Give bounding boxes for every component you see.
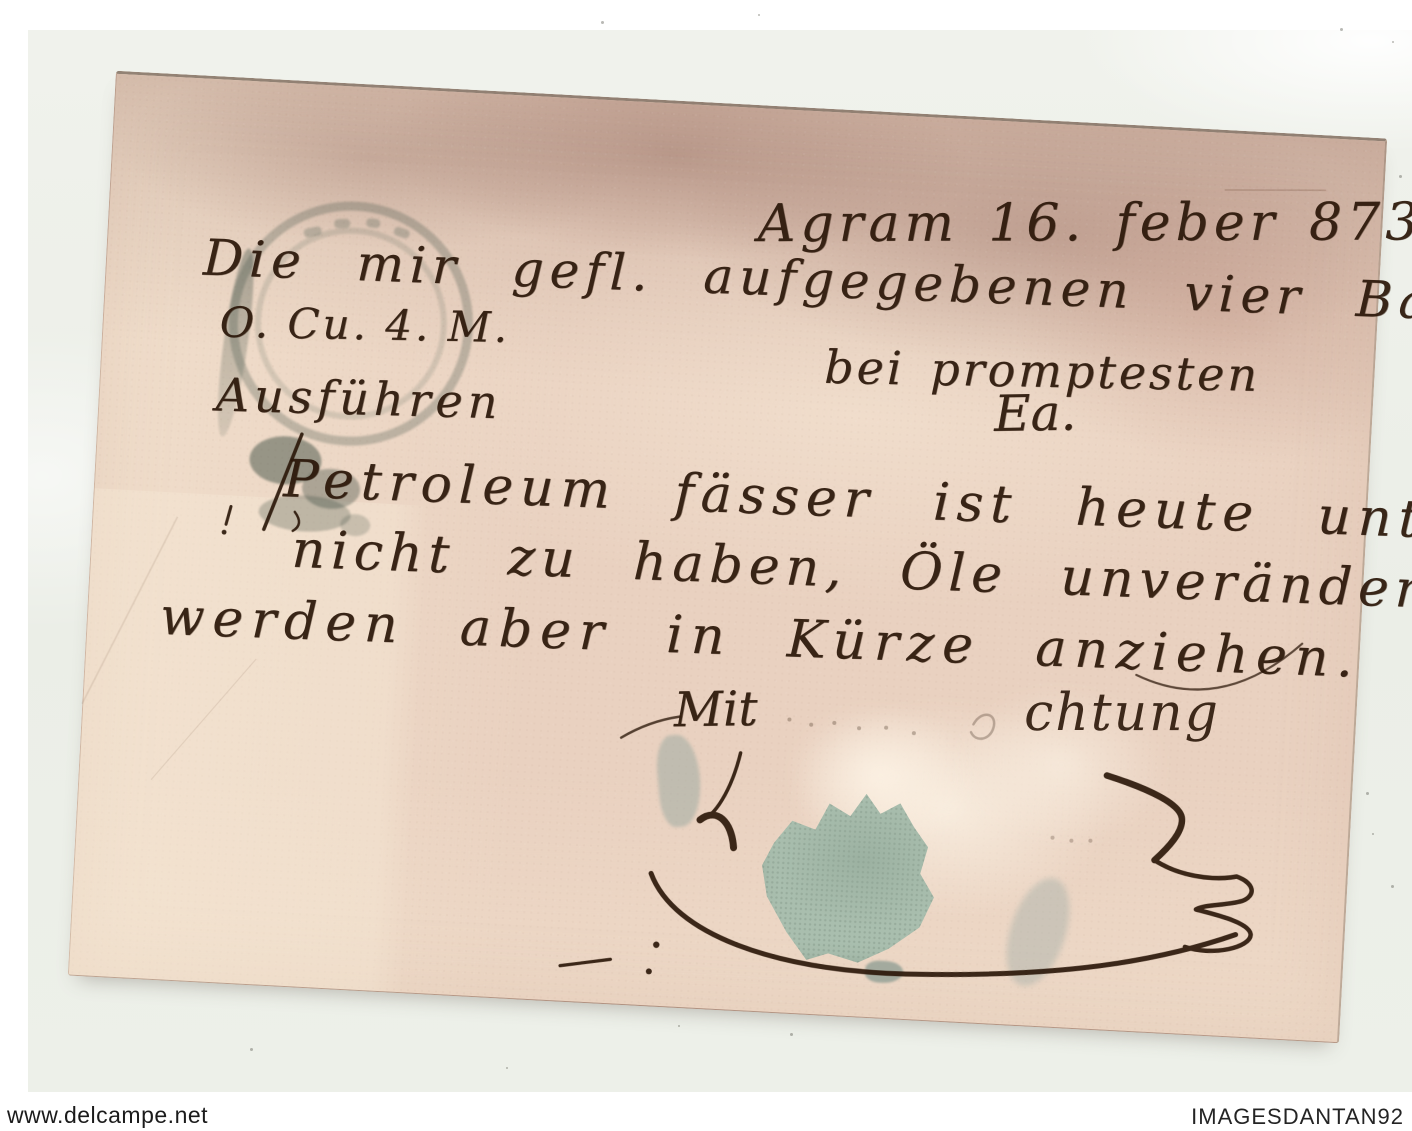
handwriting-dateline: Agram 16. feber 873. (758, 192, 1412, 254)
ink-dot (646, 968, 652, 974)
dust-speck (1392, 41, 1394, 43)
signature-three-flourish (1150, 860, 1255, 953)
dust-speck (1340, 28, 1343, 31)
paper-damage-fragment (865, 960, 904, 984)
dust-speck (601, 21, 604, 24)
postmark-illegible-letters (334, 219, 350, 229)
paper-damage-fragment (654, 733, 704, 828)
handwriting-closing-right: chtung (1024, 683, 1220, 743)
dust-speck (1372, 833, 1374, 835)
handwriting-line: Ea. (994, 384, 1077, 443)
postcard: Agram 16. feber 873. Die mir gefl. aufge… (68, 71, 1387, 1043)
dust-speck (790, 1033, 793, 1036)
handwriting-closing-left: Mit (673, 681, 758, 738)
handwriting-line: O. Cu. 4. M. (219, 298, 510, 352)
ink-dash (560, 957, 610, 969)
dust-speck (1391, 885, 1394, 888)
ink-dot (653, 941, 660, 948)
handwriting-line: Ausführen (215, 368, 503, 430)
dust-speck (1399, 175, 1402, 178)
dust-speck (678, 1025, 680, 1027)
postmark-illegible-letters (366, 218, 381, 229)
dust-speck (1366, 792, 1369, 795)
watermark-delcampe: www.delcampe.net (7, 1102, 208, 1129)
page-root: Agram 16. feber 873. Die mir gefl. aufge… (0, 0, 1412, 1131)
dust-speck (506, 1067, 508, 1069)
watermark-imagesdantan: IMAGESDANTAN92 (1191, 1104, 1404, 1130)
dust-speck (758, 14, 760, 16)
dust-speck (250, 1048, 253, 1051)
